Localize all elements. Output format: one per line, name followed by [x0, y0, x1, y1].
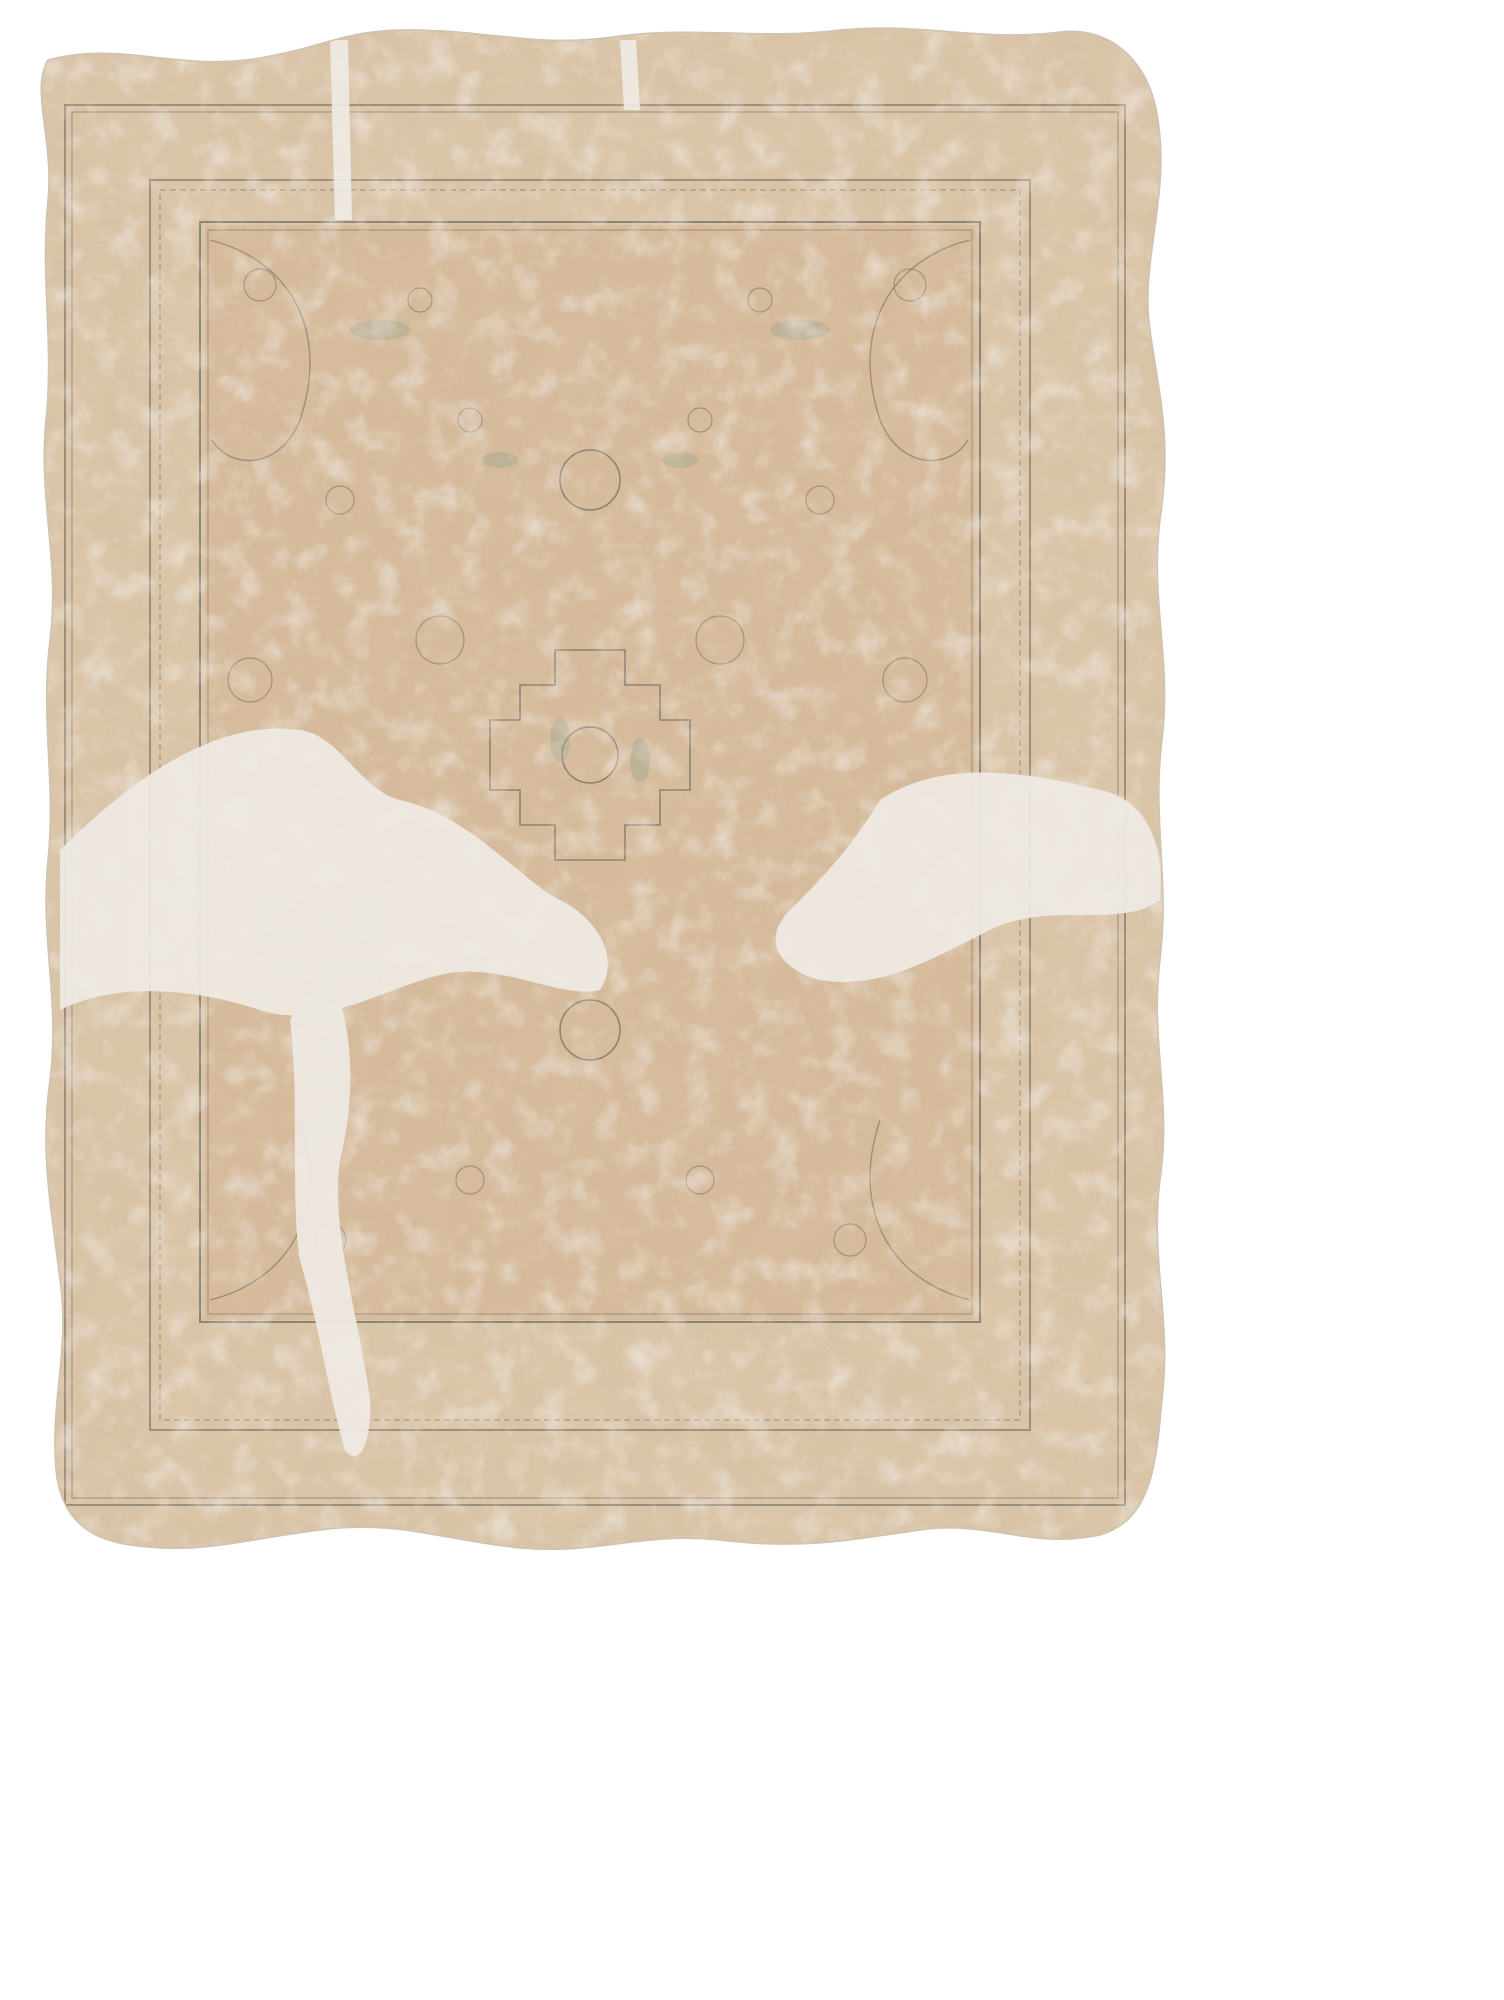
- rug-illustration: [0, 0, 1179, 1568]
- rug-body: [0, 0, 1179, 1568]
- rug-photo: [0, 0, 1179, 1568]
